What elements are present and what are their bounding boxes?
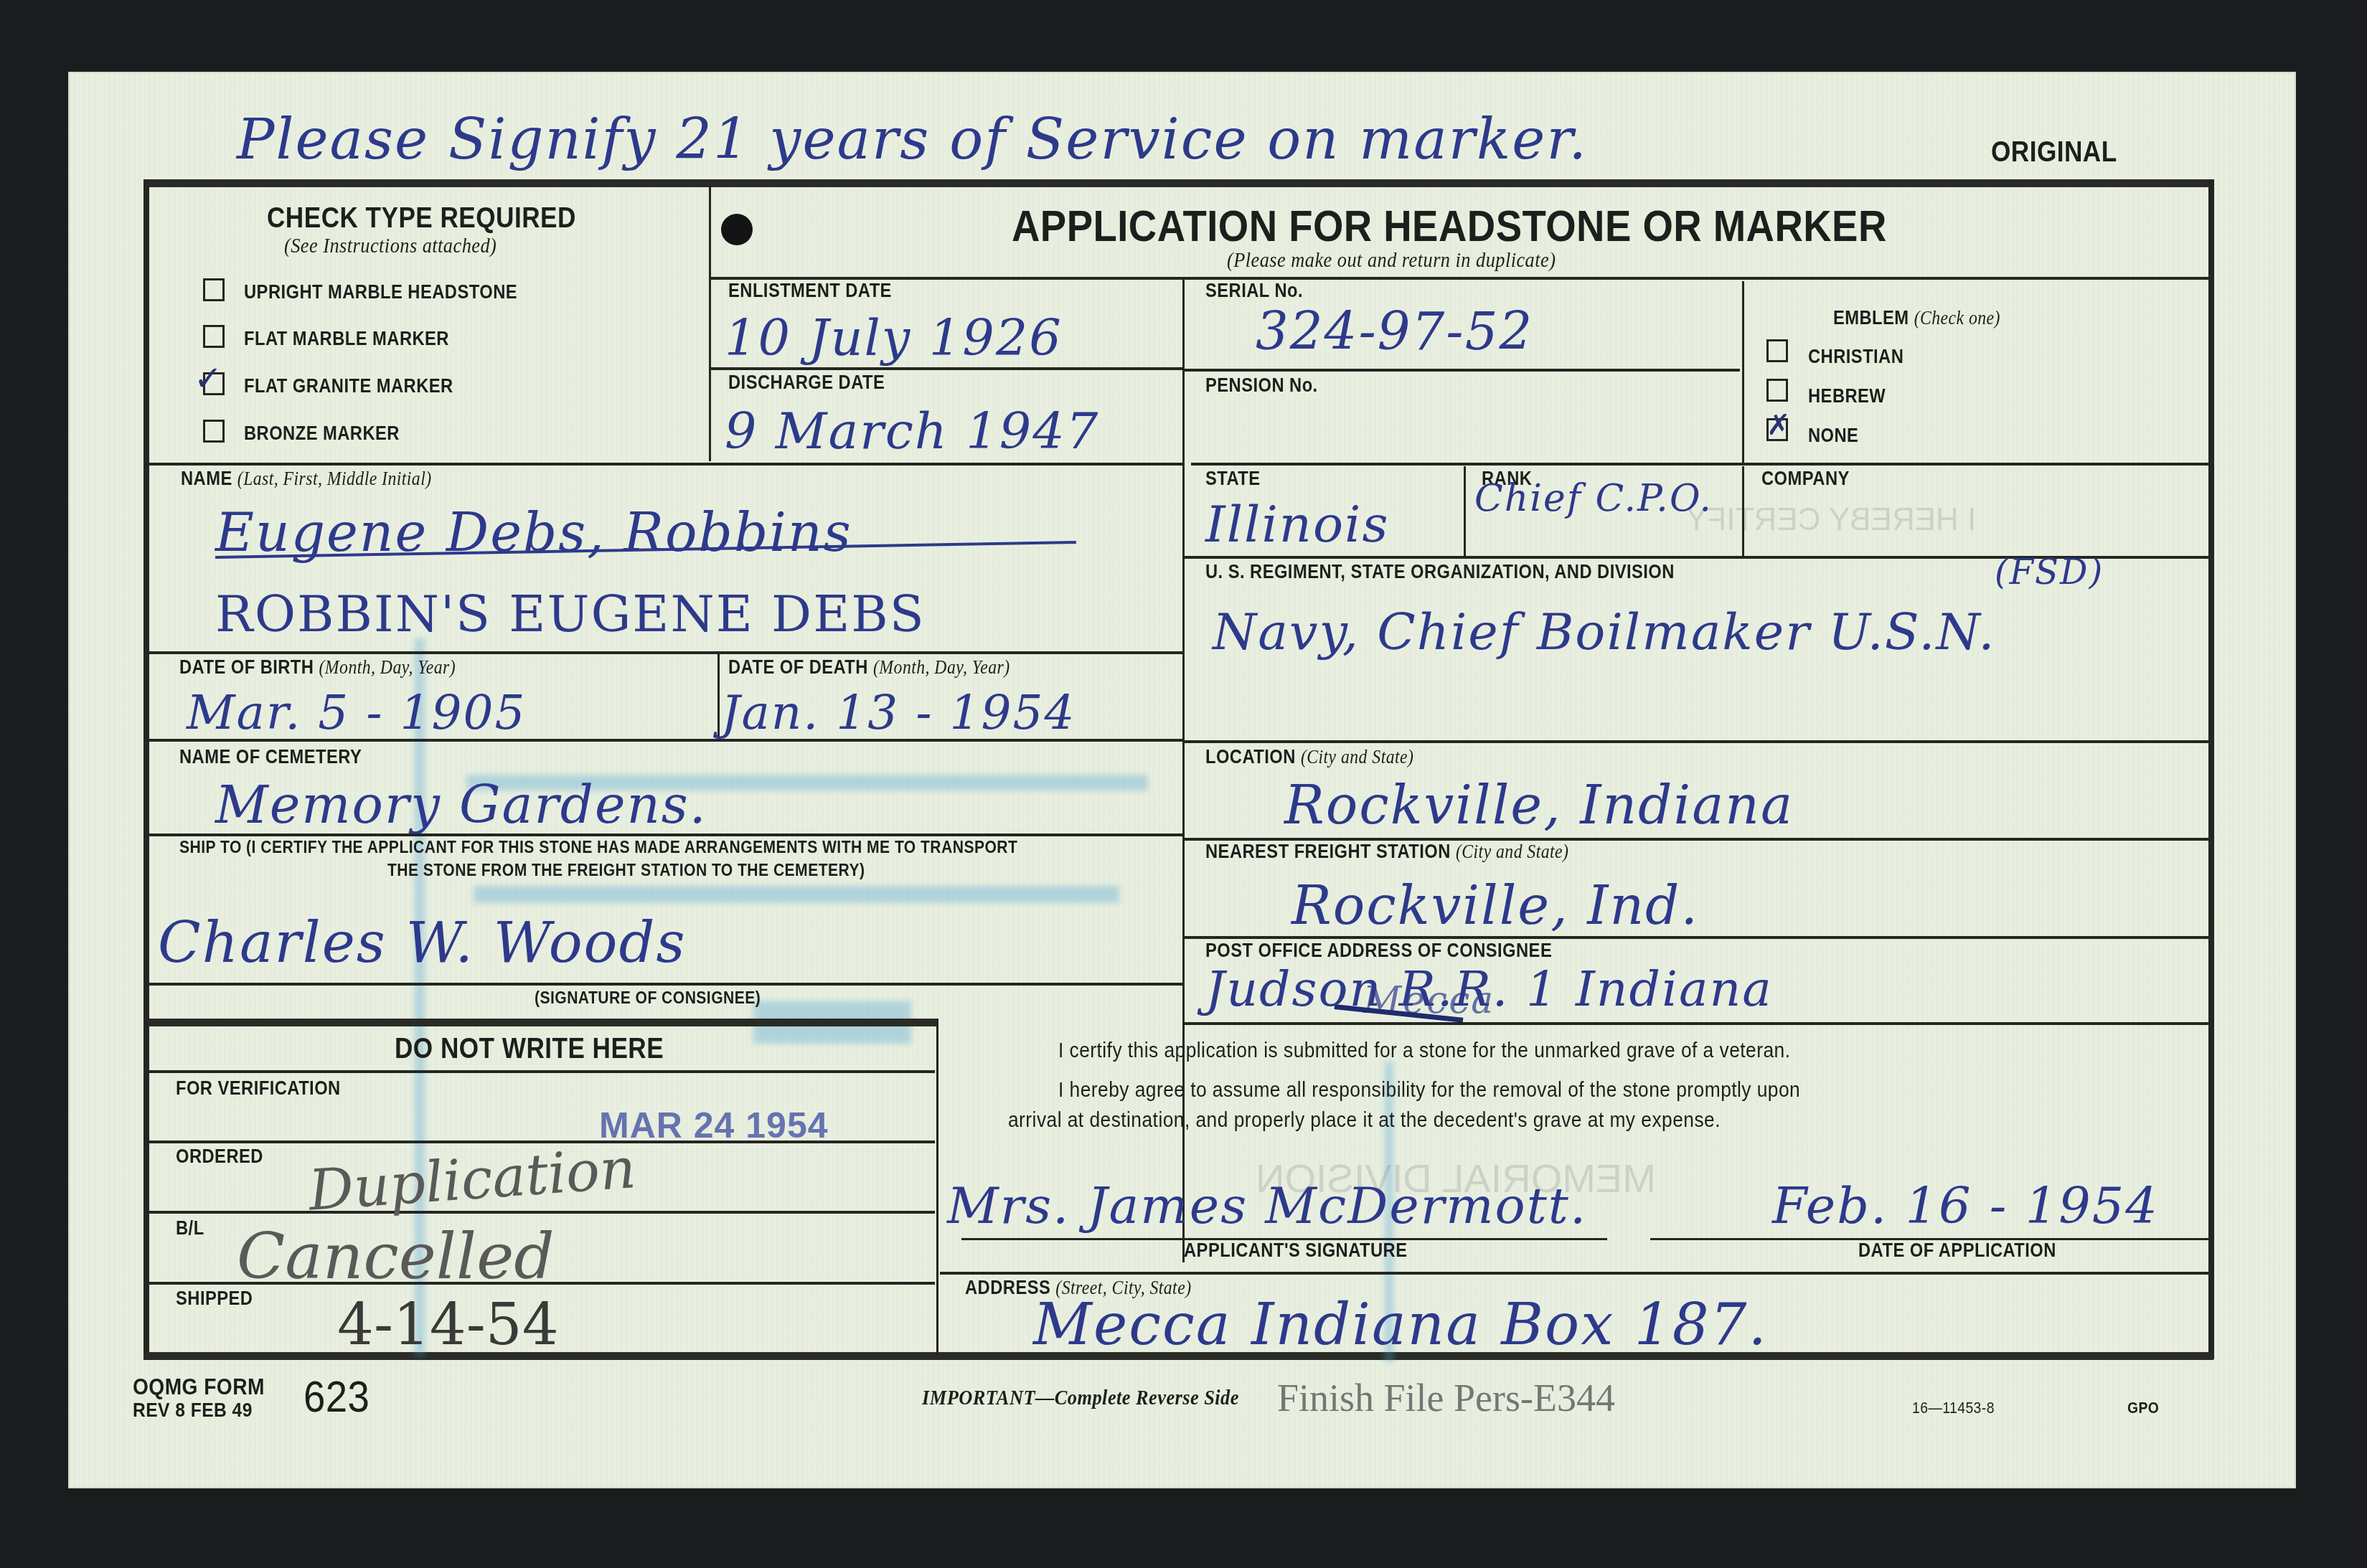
divider bbox=[1742, 281, 1744, 463]
divider bbox=[709, 185, 711, 461]
date-of-birth-label: DATE OF BIRTH (Month, Day, Year) bbox=[179, 656, 456, 679]
freight-station-label: NEAREST FREIGHT STATION (City and State) bbox=[1205, 841, 1568, 863]
rule bbox=[1184, 740, 2210, 743]
name-value[interactable]: ROBBIN'S EUGENE DEBS bbox=[215, 585, 926, 643]
office-box-top bbox=[149, 1019, 938, 1026]
regiment-note: (FSD) bbox=[1995, 552, 2104, 592]
cemetery-label: NAME OF CEMETERY bbox=[179, 746, 362, 768]
freight-station-value[interactable]: Rockville, Ind. bbox=[1291, 875, 1699, 937]
rank-value[interactable]: Chief C.P.O. bbox=[1474, 477, 1713, 520]
rule bbox=[149, 1070, 935, 1073]
emblem-title: EMBLEM (Check one) bbox=[1833, 307, 2000, 329]
post-office-value[interactable]: Judson R.R. 1 Indiana bbox=[1205, 961, 1773, 1018]
discharge-date-label: DISCHARGE DATE bbox=[728, 372, 885, 394]
frame-right bbox=[2208, 179, 2214, 1359]
office-row-ordered: ORDERED bbox=[176, 1146, 263, 1168]
check-type-title: CHECK TYPE REQUIRED bbox=[267, 202, 576, 235]
certification-line-1: I certify this application is submitted … bbox=[1058, 1039, 1790, 1063]
emblem-none: NONE bbox=[1808, 425, 1858, 447]
regiment-label: U. S. REGIMENT, STATE ORGANIZATION, AND … bbox=[1205, 561, 1675, 583]
form-title: APPLICATION FOR HEADSTONE OR MARKER bbox=[1012, 201, 1887, 252]
rule bbox=[149, 463, 1182, 466]
check-type-subtitle: (See Instructions attached) bbox=[284, 234, 497, 258]
office-row-bl: B/L bbox=[176, 1217, 204, 1239]
rule bbox=[149, 739, 1182, 742]
divider bbox=[717, 651, 720, 739]
serial-no-label: SERIAL No. bbox=[1205, 280, 1303, 302]
pencil-note-cancelled: Cancelled bbox=[237, 1219, 555, 1293]
file-stamp: Finish File Pers-E344 bbox=[1277, 1376, 1615, 1420]
enlistment-date-value[interactable]: 10 July 1926 bbox=[725, 308, 1063, 367]
emblem-hebrew: HEBREW bbox=[1808, 385, 1886, 407]
rule bbox=[710, 277, 2210, 280]
cemetery-value[interactable]: Memory Gardens. bbox=[215, 775, 707, 835]
company-label: COMPANY bbox=[1761, 468, 1850, 490]
consignee-signature-caption: (SIGNATURE OF CONSIGNEE) bbox=[535, 988, 761, 1009]
print-code: 16—11453-8 bbox=[1912, 1399, 1995, 1417]
copy-label: ORIGINAL bbox=[1991, 136, 2117, 169]
x-mark-icon: ✗ bbox=[1766, 409, 1791, 442]
rule bbox=[1191, 463, 2210, 466]
checkbox-flat-marble-marker[interactable] bbox=[203, 325, 225, 348]
certification-line-2: I hereby agree to assume all responsibil… bbox=[1058, 1078, 1800, 1102]
option-flat-granite-marker: FLAT GRANITE MARKER bbox=[244, 375, 453, 397]
consignee-signature[interactable]: Charles W. Woods bbox=[158, 911, 687, 976]
frame-top bbox=[143, 179, 2213, 187]
application-date[interactable]: Feb. 16 - 1954 bbox=[1772, 1176, 2159, 1235]
divider bbox=[1464, 466, 1466, 556]
form-id-line-2: REV 8 FEB 49 bbox=[133, 1399, 253, 1422]
state-label: STATE bbox=[1205, 468, 1261, 490]
pension-no-label: PENSION No. bbox=[1205, 374, 1318, 397]
state-value[interactable]: Illinois bbox=[1205, 495, 1389, 554]
rule bbox=[149, 983, 1182, 986]
ship-to-label: SHIP TO (I CERTIFY THE APPLICANT FOR THI… bbox=[179, 838, 1017, 858]
option-bronze-marker: BRONZE MARKER bbox=[244, 422, 400, 445]
date-of-birth-value[interactable]: Mar. 5 - 1905 bbox=[187, 685, 526, 740]
top-annotation: Please Signify 21 years of Service on ma… bbox=[237, 108, 1588, 172]
rule bbox=[710, 367, 1184, 370]
post-office-label: POST OFFICE ADDRESS OF CONSIGNEE bbox=[1205, 940, 1552, 962]
location-label: LOCATION (City and State) bbox=[1205, 746, 1413, 768]
office-use-title: DO NOT WRITE HERE bbox=[395, 1033, 664, 1065]
applicant-signature-label: APPLICANT'S SIGNATURE bbox=[1184, 1239, 1407, 1262]
ship-to-label-line2: THE STONE FROM THE FREIGHT STATION TO TH… bbox=[387, 861, 865, 881]
applicant-address[interactable]: Mecca Indiana Box 187. bbox=[1033, 1291, 1768, 1358]
name-label: NAME (Last, First, Middle Initial) bbox=[181, 468, 432, 490]
rule bbox=[149, 651, 1182, 654]
rule bbox=[1184, 1022, 2210, 1025]
reverse-bleed-text: I HEREBY CERTIFY bbox=[1686, 502, 1976, 538]
rule bbox=[940, 1272, 2210, 1275]
date-of-death-label: DATE OF DEATH (Month, Day, Year) bbox=[728, 656, 1010, 679]
rule bbox=[149, 833, 1182, 836]
enlistment-date-label: ENLISTMENT DATE bbox=[728, 280, 892, 302]
applicant-signature[interactable]: Mrs. James McDermott. bbox=[947, 1176, 1587, 1235]
office-box-right bbox=[936, 1019, 938, 1356]
form-subtitle: (Please make out and return in duplicate… bbox=[1227, 248, 1556, 273]
emblem-christian: CHRISTIAN bbox=[1808, 346, 1904, 368]
checkbox-bronze-marker[interactable] bbox=[203, 420, 225, 443]
option-flat-marble-marker: FLAT MARBLE MARKER bbox=[244, 328, 449, 350]
checkmark-icon: ✓ bbox=[194, 359, 222, 399]
divider bbox=[1182, 463, 1185, 1262]
divider bbox=[1742, 466, 1744, 556]
checkbox-hebrew[interactable] bbox=[1766, 379, 1788, 402]
rule bbox=[149, 1211, 935, 1214]
application-date-label: DATE OF APPLICATION bbox=[1858, 1239, 2056, 1262]
important-note: IMPORTANT—Complete Reverse Side bbox=[922, 1386, 1239, 1410]
location-value[interactable]: Rockville, Indiana bbox=[1284, 775, 1794, 836]
regiment-value[interactable]: Navy, Chief Boilmaker U.S.N. bbox=[1213, 603, 1995, 661]
discharge-date-value[interactable]: 9 March 1947 bbox=[725, 402, 1099, 461]
pencil-note-date: 4-14-54 bbox=[337, 1291, 559, 1358]
rule bbox=[1184, 369, 1740, 372]
form-number: 623 bbox=[303, 1371, 370, 1422]
printer-mark: GPO bbox=[2127, 1399, 2159, 1417]
date-of-death-value[interactable]: Jan. 13 - 1954 bbox=[721, 685, 1076, 740]
frame-left bbox=[143, 179, 149, 1359]
form-id-line-1: OQMG FORM bbox=[133, 1374, 265, 1400]
certification-line-3: arrival at destination, and properly pla… bbox=[1008, 1108, 1721, 1133]
office-row-verification: FOR VERIFICATION bbox=[176, 1077, 341, 1100]
option-upright-marble-headstone: UPRIGHT MARBLE HEADSTONE bbox=[244, 281, 517, 303]
checkbox-upright-marble-headstone[interactable] bbox=[203, 278, 225, 301]
ink-bleed bbox=[474, 886, 1119, 903]
serial-no-value[interactable]: 324-97-52 bbox=[1256, 301, 1533, 362]
checkbox-christian[interactable] bbox=[1766, 339, 1788, 362]
punch-hole bbox=[721, 214, 753, 245]
rule bbox=[1184, 936, 2210, 939]
